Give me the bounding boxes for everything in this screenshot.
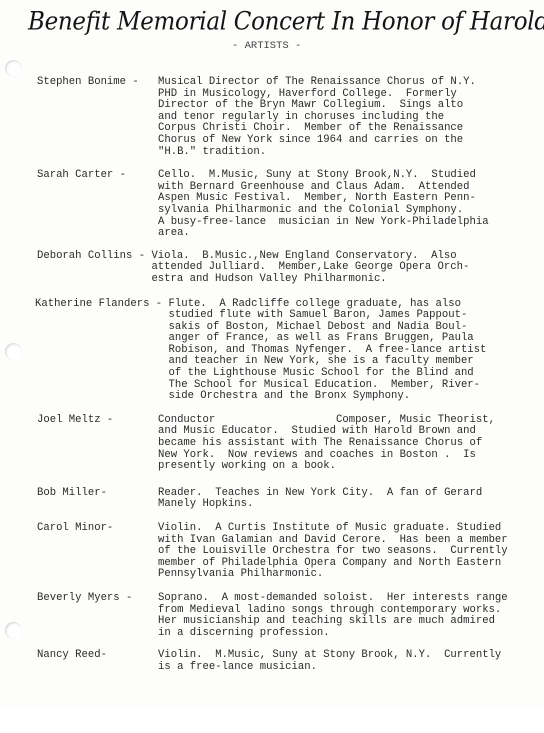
artist-name: Bob Miller- bbox=[37, 488, 158, 500]
artist-description: Cello. M.Music, Suny at Stony Brook,N.Y.… bbox=[158, 170, 489, 240]
artist-description: Violin. A Curtis Institute of Music grad… bbox=[158, 523, 508, 581]
artist-entry: Katherine Flanders - Flute. A Radcliffe … bbox=[35, 299, 542, 403]
document-title: Benefit Memorial Concert In Honor of Har… bbox=[28, 8, 544, 36]
artist-name: Katherine Flanders - bbox=[35, 299, 169, 311]
artist-entry: Nancy Reed- Violin. M.Music, Suny at Sto… bbox=[37, 650, 542, 673]
artist-description: Musical Director of The Renaissance Chor… bbox=[158, 77, 476, 158]
artist-description: Flute. A Radcliffe college graduate, has… bbox=[169, 299, 487, 403]
artist-name: Deborah Collins - bbox=[37, 251, 151, 263]
artist-description: Soprano. A most-demanded soloist. Her in… bbox=[158, 593, 508, 639]
artist-name: Stephen Bonime - bbox=[37, 77, 158, 89]
punch-hole-bottom bbox=[5, 622, 22, 639]
punch-hole-top bbox=[5, 60, 22, 77]
artist-name: Nancy Reed- bbox=[37, 650, 158, 662]
artist-entry: Joel Meltz - Conductor Composer, Music T… bbox=[37, 415, 542, 473]
punch-hole-middle bbox=[5, 343, 22, 360]
document-subtitle: - ARTISTS - bbox=[232, 40, 301, 52]
artist-entry: Bob Miller- Reader. Teaches in New York … bbox=[37, 488, 542, 511]
artist-name: Joel Meltz - bbox=[37, 415, 158, 427]
artist-entry: Stephen Bonime - Musical Director of The… bbox=[37, 77, 542, 158]
artist-name: Beverly Myers - bbox=[37, 593, 158, 605]
artist-description: Violin. M.Music, Suny at Stony Brook, N.… bbox=[158, 650, 501, 673]
artist-entry: Deborah Collins - Viola. B.Music.,New En… bbox=[37, 251, 542, 286]
artist-entry: Carol Minor- Violin. A Curtis Institute … bbox=[37, 523, 542, 581]
artist-entry: Beverly Myers - Soprano. A most-demanded… bbox=[37, 593, 542, 639]
artist-description: Reader. Teaches in New York City. A fan … bbox=[158, 488, 482, 511]
artist-name: Carol Minor- bbox=[37, 523, 158, 535]
artist-list: Stephen Bonime - Musical Director of The… bbox=[37, 77, 542, 674]
artist-entry: Sarah Carter - Cello. M.Music, Suny at S… bbox=[37, 170, 542, 240]
artist-name: Sarah Carter - bbox=[37, 170, 158, 182]
document-page: Benefit Memorial Concert In Honor of Har… bbox=[0, 0, 544, 708]
artist-description: Conductor Composer, Music Theorist, and … bbox=[158, 415, 495, 473]
artist-description: Viola. B.Music.,New England Conservatory… bbox=[151, 251, 469, 286]
